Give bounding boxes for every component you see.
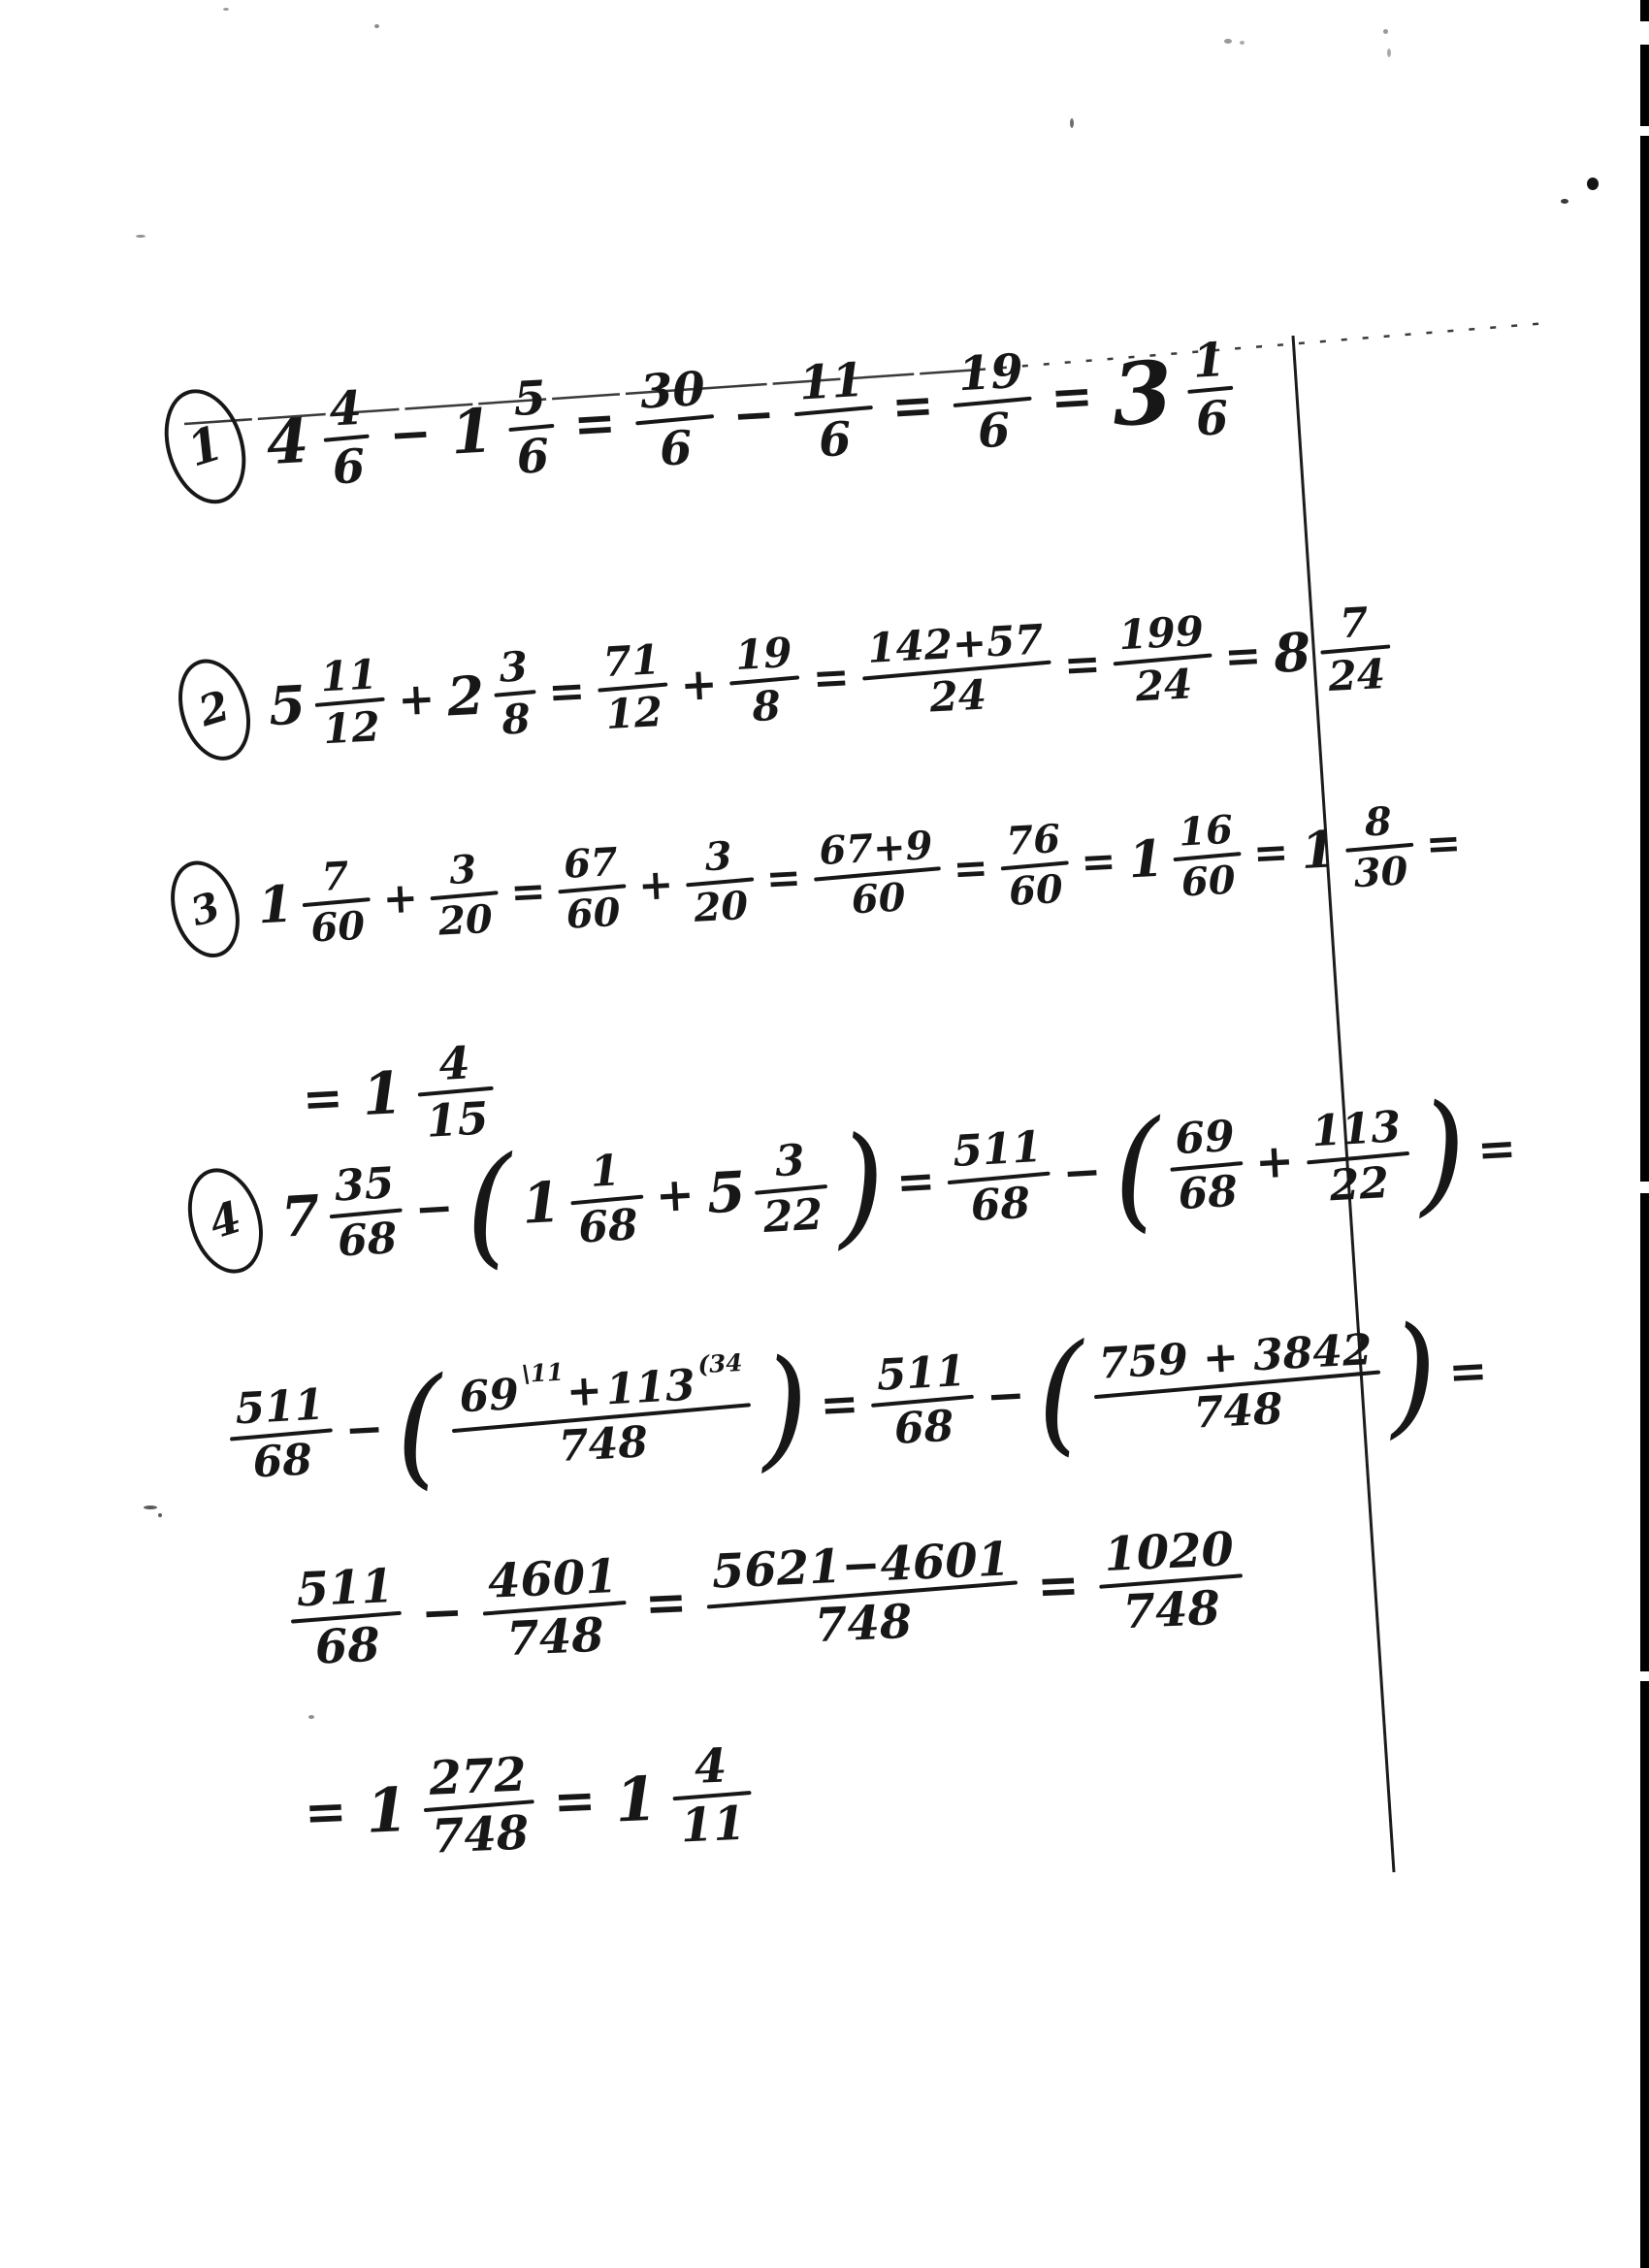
numerator: 511 — [227, 1379, 332, 1436]
denominator: 60 — [1174, 857, 1244, 907]
fraction: 51168 — [227, 1379, 335, 1490]
fraction: 67+960 — [811, 822, 943, 925]
math-line-2: 251112+238=7112+198=142+5724=19924=8724 — [178, 596, 1398, 762]
fraction: 19924 — [1111, 607, 1214, 713]
numerator: 7 — [313, 853, 356, 901]
fraction: 116 — [791, 352, 875, 470]
denominator: 20 — [686, 883, 756, 933]
operator: = — [1223, 632, 1262, 678]
numerator: 272 — [421, 1747, 534, 1806]
denominator: 68 — [244, 1435, 320, 1489]
parenthesis: ( — [1037, 1393, 1085, 1396]
numerator: 113 — [1304, 1102, 1409, 1158]
whole-number: 2 — [446, 669, 486, 725]
numerator: 30 — [632, 361, 714, 420]
scan-speck — [1224, 39, 1232, 44]
operator: = — [572, 399, 617, 451]
whole-number: 1 — [521, 1175, 563, 1232]
denominator: 11 — [673, 1797, 754, 1855]
math-line-7: 51168−4601748=5621−4601748=1020748 — [280, 1522, 1251, 1677]
denominator: 60 — [844, 874, 914, 924]
fraction: 759 + 3842748 — [1091, 1325, 1383, 1445]
numerator: 4 — [431, 1036, 478, 1091]
fraction: 198 — [727, 629, 803, 733]
denominator: 6 — [324, 439, 372, 497]
whole-number: 1 — [614, 1768, 659, 1831]
parenthesis: ( — [1113, 1169, 1161, 1172]
scan-speck — [1383, 29, 1388, 34]
fraction: 196 — [950, 343, 1034, 461]
denominator: 60 — [559, 889, 629, 939]
scan-speck — [144, 1506, 157, 1509]
denominator: 12 — [315, 702, 388, 755]
denominator: 24 — [1320, 650, 1393, 702]
denominator: 68 — [887, 1402, 962, 1456]
operator: − — [343, 1407, 384, 1455]
problem-number-circle: 1 — [151, 379, 259, 514]
fraction: 38 — [491, 642, 538, 745]
fraction: 3568 — [327, 1158, 405, 1267]
numerator: 1 — [582, 1146, 628, 1199]
fraction: 142+5724 — [859, 615, 1053, 726]
math-line-8: =1272748=1411 — [290, 1737, 760, 1871]
numerator: 759 + 3842 — [1091, 1325, 1380, 1391]
fraction: 46 — [321, 380, 373, 496]
denominator: 8 — [494, 695, 538, 745]
operator: − — [1061, 1149, 1102, 1197]
numerator-part: 113 — [605, 1364, 696, 1413]
whole-number: 5 — [705, 1164, 747, 1221]
numerator: 5621−4601 — [704, 1532, 1018, 1600]
problem-number-circle: 4 — [176, 1159, 275, 1283]
numerator: 511 — [868, 1346, 973, 1403]
operator: = — [819, 1381, 859, 1430]
whole-number: 1 — [361, 1065, 404, 1125]
operator: = — [1080, 840, 1116, 884]
operator: = — [895, 1158, 936, 1207]
cross-multiplier-mark: (34 — [697, 1350, 743, 1377]
operator: − — [388, 408, 433, 461]
fraction: 760 — [301, 852, 373, 953]
numerator-part: 69 — [458, 1373, 520, 1420]
denominator: 6 — [811, 412, 859, 470]
fraction: 69\11+113(34748 — [449, 1358, 754, 1478]
parenthesis: ) — [837, 1184, 886, 1187]
numerator: 199 — [1111, 607, 1212, 661]
fraction: 320 — [428, 845, 501, 946]
denominator: 8 — [744, 682, 789, 732]
math-line-6: 51168−(69\11+113(34748)=51168−(759 + 384… — [222, 1318, 1498, 1490]
scan-edge-gap — [1640, 21, 1649, 45]
whole-number: 5 — [268, 678, 307, 733]
scanned-worksheet-page: 1446−156=306−116=196=316251112+238=7112+… — [0, 0, 1649, 2268]
operator: = — [1036, 1561, 1081, 1613]
scan-edge-gap — [1640, 1182, 1649, 1193]
numerator: 511 — [945, 1122, 1051, 1179]
fraction: 11322 — [1304, 1102, 1412, 1213]
parenthesis: ( — [395, 1426, 443, 1429]
denominator: 68 — [1170, 1166, 1245, 1220]
denominator: 748 — [1115, 1581, 1228, 1640]
fraction: 1660 — [1171, 806, 1244, 907]
denominator: 60 — [1001, 866, 1071, 917]
numerator: 67 — [556, 838, 626, 889]
whole-number: 7 — [279, 1188, 321, 1246]
denominator: 68 — [570, 1199, 646, 1253]
numerator: 3 — [696, 832, 739, 881]
scan-speck — [1240, 41, 1245, 45]
whole-number: 4 — [265, 410, 310, 473]
operator: − — [731, 389, 776, 441]
scan-speck — [374, 24, 379, 28]
numerator: 5 — [505, 371, 554, 428]
operator: = — [644, 1577, 689, 1630]
operator: + — [382, 877, 419, 921]
problem-number-circle: 3 — [160, 853, 251, 966]
numerator: 19 — [727, 629, 800, 681]
fraction: 1112 — [312, 650, 388, 755]
operator: = — [553, 1776, 598, 1829]
numerator: 1020 — [1096, 1522, 1242, 1583]
fraction: 830 — [1343, 797, 1416, 898]
scan-edge-gap — [1640, 1671, 1649, 1681]
whole-number: 1 — [449, 400, 495, 463]
numerator: 7 — [1332, 599, 1376, 649]
whole-number: 8 — [1273, 626, 1312, 681]
denominator: 748 — [424, 1806, 537, 1865]
numerator: 69\11+113(34 — [449, 1358, 751, 1424]
operator: = — [304, 1787, 348, 1839]
parenthesis: ) — [1418, 1151, 1467, 1154]
operator: = — [1447, 1348, 1488, 1397]
parenthesis: ) — [1389, 1375, 1438, 1377]
numerator: 11 — [791, 352, 872, 411]
numerator: 511 — [288, 1559, 402, 1618]
denominator: 6 — [508, 429, 557, 486]
fraction: 7660 — [998, 816, 1071, 917]
fraction: 51168 — [868, 1346, 976, 1457]
denominator: 24 — [1127, 660, 1200, 712]
fraction: 322 — [752, 1135, 830, 1244]
operator: = — [1050, 372, 1094, 424]
operator: = — [953, 847, 989, 891]
numerator: 4 — [687, 1738, 735, 1795]
denominator: 6 — [969, 403, 1018, 460]
fraction: 4601748 — [480, 1549, 629, 1669]
scan-speck — [1070, 118, 1074, 128]
fraction: 7112 — [596, 635, 671, 740]
denominator: 748 — [807, 1595, 921, 1654]
denominator: 6 — [1187, 391, 1236, 448]
denominator: 748 — [1185, 1384, 1290, 1441]
numerator: 11 — [312, 650, 385, 702]
numerator: 35 — [327, 1158, 403, 1213]
denominator: 20 — [431, 895, 501, 946]
operator: − — [413, 1185, 454, 1234]
whole-number: 3 — [1110, 349, 1175, 438]
operator: = — [890, 380, 935, 433]
whole-number: 1 — [1300, 825, 1338, 877]
operator: + — [1254, 1138, 1295, 1186]
operator: = — [812, 654, 851, 699]
scan-edge-gap — [1640, 126, 1649, 136]
denominator: 748 — [499, 1608, 612, 1668]
denominator: 748 — [551, 1417, 656, 1474]
numerator: 8 — [1357, 798, 1400, 847]
fraction: 168 — [567, 1145, 646, 1253]
operator: = — [302, 1074, 344, 1124]
scan-speck — [158, 1513, 162, 1517]
operator: + — [655, 1172, 695, 1220]
numerator: 4 — [321, 380, 370, 437]
fraction: 411 — [670, 1737, 754, 1854]
cross-multiplier-mark: \11 — [521, 1360, 565, 1387]
denominator: 6 — [652, 421, 700, 478]
operator: + — [637, 863, 674, 907]
fraction: 724 — [1317, 598, 1393, 702]
denominator: 30 — [1346, 848, 1416, 898]
math-line-1: 1446−156=306−116=196=316 — [164, 330, 1245, 506]
numerator: 71 — [596, 635, 668, 688]
denominator: 24 — [921, 670, 994, 723]
numerator-part: + — [566, 1369, 603, 1415]
denominator: 12 — [598, 688, 670, 740]
operator: = — [1063, 641, 1102, 687]
fraction: 5621−4601748 — [704, 1532, 1020, 1659]
numerator: 1 — [1184, 333, 1233, 390]
denominator: 22 — [756, 1189, 831, 1244]
numerator: 3 — [767, 1136, 813, 1189]
fraction: 1020748 — [1096, 1522, 1245, 1641]
scan-speck — [1387, 49, 1391, 57]
scan-speck — [1587, 178, 1599, 190]
problem-number-circle: 2 — [167, 650, 262, 768]
scan-speck — [308, 1715, 314, 1719]
whole-number: 1 — [257, 879, 295, 931]
numerator: 69 — [1167, 1112, 1243, 1166]
scan-edge-strip — [1640, 0, 1649, 2268]
operator: = — [765, 857, 802, 900]
numerator: 16 — [1171, 806, 1241, 857]
denominator: 22 — [1321, 1157, 1397, 1212]
numerator: 4601 — [480, 1549, 626, 1610]
whole-number: 1 — [365, 1779, 409, 1841]
operator: + — [679, 662, 718, 707]
fraction: 320 — [684, 832, 757, 933]
whole-number: 1 — [1127, 833, 1165, 886]
operator: = — [1425, 823, 1462, 866]
scan-speck — [1561, 199, 1568, 204]
denominator: 68 — [962, 1178, 1038, 1232]
denominator: 68 — [307, 1618, 388, 1676]
operator: + — [397, 676, 436, 722]
operator: = — [1476, 1125, 1517, 1174]
denominator: 68 — [330, 1213, 405, 1267]
numerator: 19 — [950, 343, 1031, 403]
parenthesis: ) — [760, 1408, 809, 1410]
fraction: 56 — [505, 371, 558, 486]
fraction: 16 — [1184, 333, 1237, 448]
numerator: 76 — [998, 816, 1068, 866]
operator: = — [547, 668, 586, 714]
fraction: 6968 — [1167, 1112, 1245, 1220]
fraction: 51168 — [288, 1559, 404, 1677]
denominator: 60 — [303, 902, 372, 953]
parenthesis: ( — [465, 1205, 513, 1208]
operator: = — [509, 870, 546, 914]
operator: − — [420, 1587, 465, 1639]
fraction: 272748 — [421, 1747, 536, 1865]
scan-speck — [136, 235, 145, 238]
fraction: 306 — [632, 361, 717, 478]
fraction: 51168 — [945, 1122, 1053, 1233]
operator: − — [986, 1373, 1026, 1421]
scan-speck — [223, 8, 229, 11]
fraction: 6760 — [556, 838, 629, 939]
numerator: 3 — [491, 642, 535, 693]
operator: = — [1252, 831, 1289, 875]
math-line-3: 31760+320=6760+320=67+960=7660=11660=183… — [170, 794, 1471, 960]
numerator: 3 — [441, 846, 484, 894]
